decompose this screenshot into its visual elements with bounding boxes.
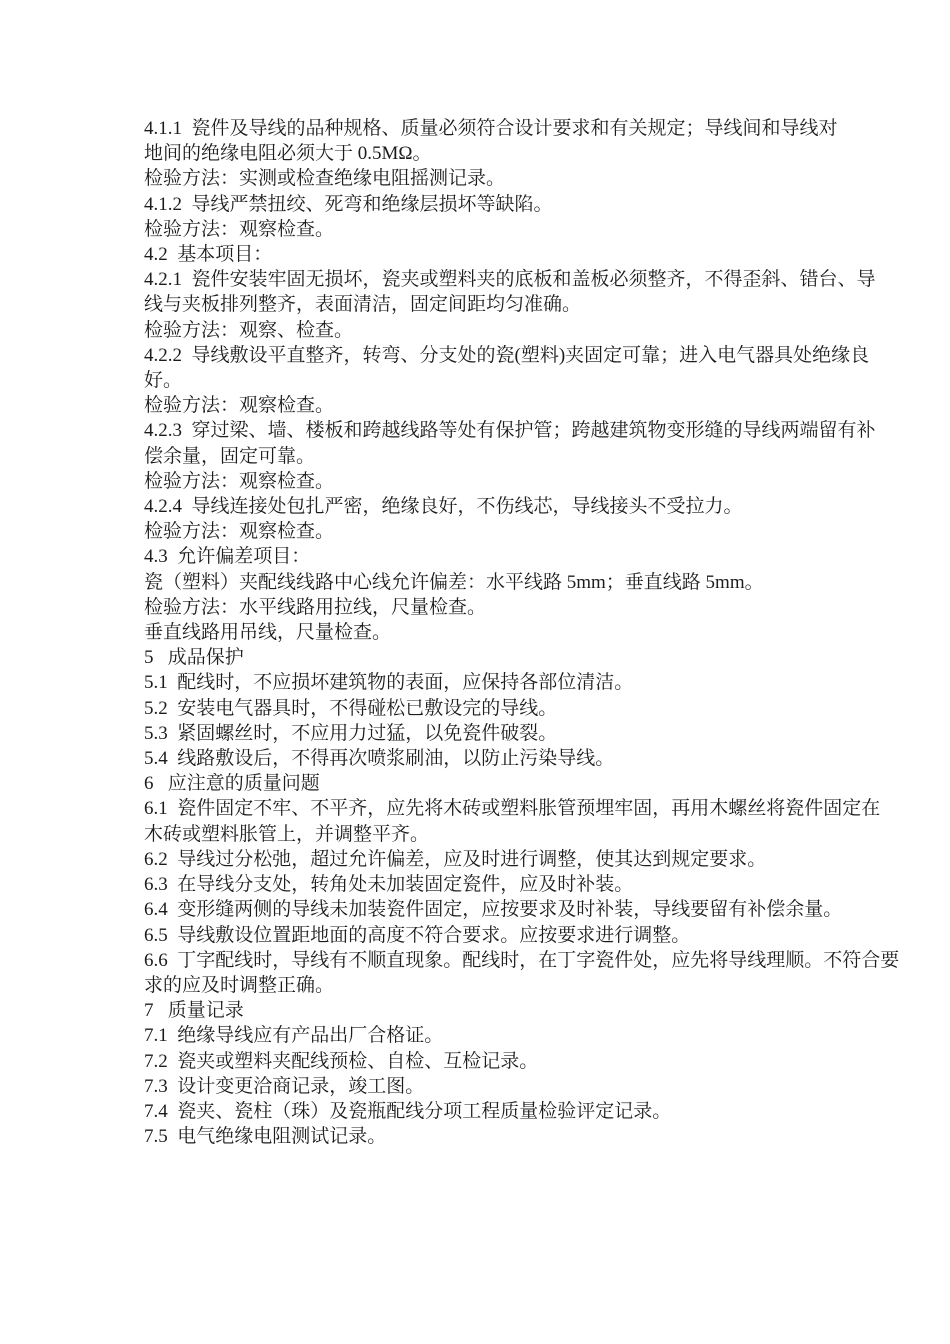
text-line: 检验方法：实测或检查绝缘电阻摇测记录。 <box>144 166 904 191</box>
text-line: 7.2 瓷夹或塑料夹配线预检、自检、互检记录。 <box>144 1049 904 1074</box>
text-line: 5.4 线路敷设后，不得再次喷浆刷油，以防止污染导线。 <box>144 746 904 771</box>
text-line: 4.2.1 瓷件安装牢固无损坏，瓷夹或塑料夹的底板和盖板必须整齐，不得歪斜、错台… <box>144 267 904 292</box>
text-line: 6.4 变形缝两侧的导线未加装瓷件固定，应按要求及时补装，导线要留有补偿余量。 <box>144 897 904 922</box>
text-line: 垂直线路用吊线，尺量检查。 <box>144 620 904 645</box>
text-line: 5.1 配线时，不应损坏建筑物的表面，应保持各部位清洁。 <box>144 670 904 695</box>
text-line: 6.3 在导线分支处，转角处未加装固定瓷件，应及时补装。 <box>144 872 904 897</box>
text-line: 瓷（塑料）夹配线线路中心线允许偏差：水平线路 5mm；垂直线路 5mm。 <box>144 570 904 595</box>
text-line: 检验方法：观察检查。 <box>144 469 904 494</box>
section-heading: 5 成品保护 <box>144 645 904 670</box>
text-line: 求的应及时调整正确。 <box>144 973 904 998</box>
text-line: 4.1.1 瓷件及导线的品种规格、质量必须符合设计要求和有关规定；导线间和导线对 <box>144 116 904 141</box>
document-body: 4.1.1 瓷件及导线的品种规格、质量必须符合设计要求和有关规定；导线间和导线对… <box>144 116 904 1149</box>
text-line: 偿余量，固定可靠。 <box>144 444 904 469</box>
text-line: 4.2.3 穿过梁、墙、楼板和跨越线路等处有保护管；跨越建筑物变形缝的导线两端留… <box>144 418 904 443</box>
text-line: 木砖或塑料胀管上，并调整平齐。 <box>144 822 904 847</box>
text-line: 4.2.2 导线敷设平直整齐，转弯、分支处的瓷(塑料)夹固定可靠；进入电气器具处… <box>144 343 904 368</box>
text-line: 4.2.4 导线连接处包扎严密，绝缘良好，不伤线芯，导线接头不受拉力。 <box>144 494 904 519</box>
section-heading: 7 质量记录 <box>144 998 904 1023</box>
text-line: 线与夹板排列整齐，表面清洁，固定间距均匀准确。 <box>144 292 904 317</box>
text-line: 地间的绝缘电阻必须大于 0.5MΩ。 <box>144 141 904 166</box>
section-heading: 6 应注意的质量问题 <box>144 771 904 796</box>
text-line: 检验方法：观察检查。 <box>144 519 904 544</box>
text-line: 好。 <box>144 368 904 393</box>
text-line: 6.1 瓷件固定不牢、不平齐，应先将木砖或塑料胀管预埋牢固，再用木螺丝将瓷件固定… <box>144 796 904 821</box>
text-line: 6.2 导线过分松弛，超过允许偏差，应及时进行调整，使其达到规定要求。 <box>144 847 904 872</box>
text-line: 5.3 紧固螺丝时，不应用力过猛，以免瓷件破裂。 <box>144 721 904 746</box>
text-line: 检验方法：观察检查。 <box>144 217 904 242</box>
text-line: 7.3 设计变更洽商记录，竣工图。 <box>144 1074 904 1099</box>
text-line: 7.1 绝缘导线应有产品出厂合格证。 <box>144 1023 904 1048</box>
text-line: 7.5 电气绝缘电阻测试记录。 <box>144 1124 904 1149</box>
text-line: 6.6 丁字配线时，导线有不顺直现象。配线时，在丁字瓷件处，应先将导线理顺。不符… <box>144 948 904 973</box>
document-page: 4.1.1 瓷件及导线的品种规格、质量必须符合设计要求和有关规定；导线间和导线对… <box>0 0 950 1344</box>
text-line: 检验方法：观察、检查。 <box>144 318 904 343</box>
text-line: 6.5 导线敷设位置距地面的高度不符合要求。应按要求进行调整。 <box>144 923 904 948</box>
text-line: 4.3 允许偏差项目： <box>144 544 904 569</box>
text-line: 5.2 安装电气器具时，不得碰松已敷设完的导线。 <box>144 696 904 721</box>
text-line: 检验方法：观察检查。 <box>144 393 904 418</box>
text-line: 4.1.2 导线严禁扭绞、死弯和绝缘层损坏等缺陷。 <box>144 192 904 217</box>
text-line: 4.2 基本项目： <box>144 242 904 267</box>
text-line: 7.4 瓷夹、瓷柱（珠）及瓷瓶配线分项工程质量检验评定记录。 <box>144 1099 904 1124</box>
text-line: 检验方法：水平线路用拉线，尺量检查。 <box>144 595 904 620</box>
